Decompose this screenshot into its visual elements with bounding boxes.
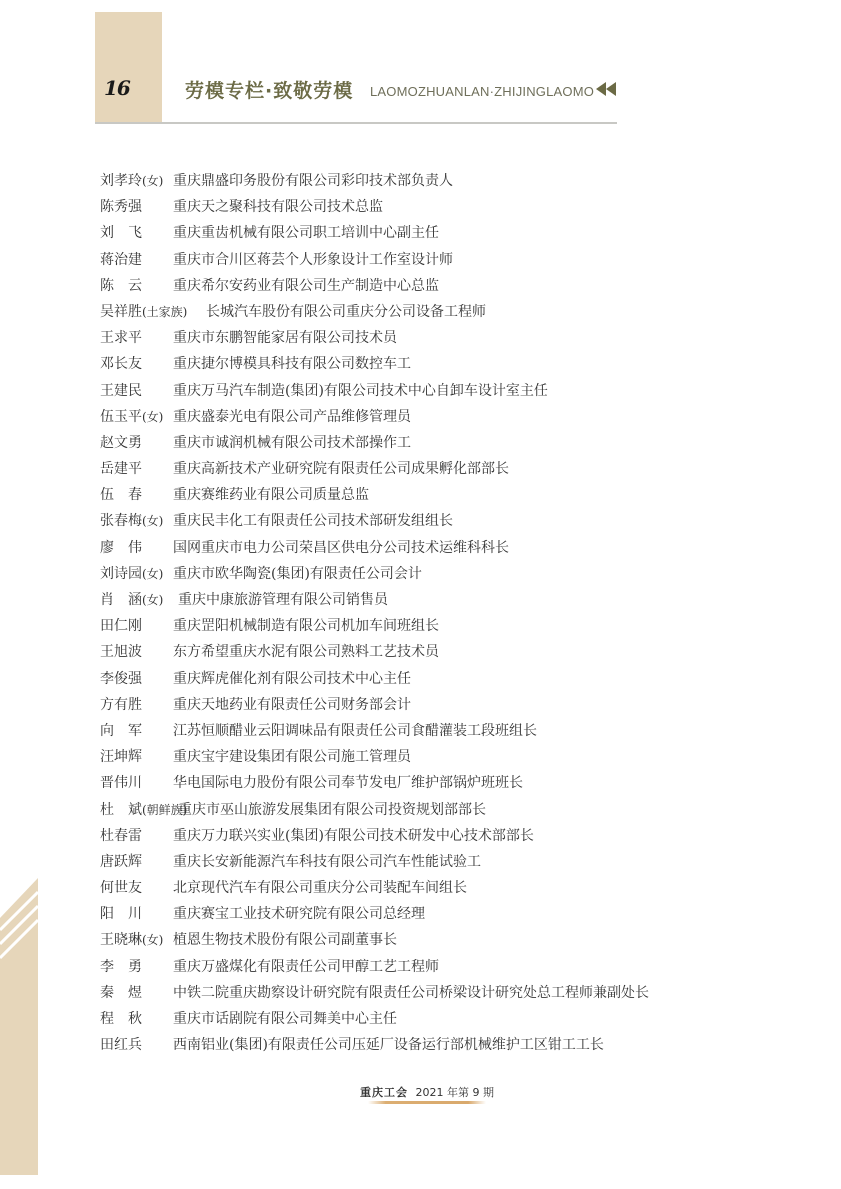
honoree-note: (女) (142, 514, 163, 528)
list-item: 王晓琳(女)植恩生物技术股份有限公司副董事长 (100, 927, 740, 953)
honoree-organization: 重庆市话剧院有限公司舞美中心主任 (173, 1006, 397, 1032)
list-item: 吴祥胜(土家族)长城汽车股份有限公司重庆分公司设备工程师 (100, 299, 740, 325)
honoree-organization: 重庆市巫山旅游发展集团有限公司投资规划部部长 (178, 797, 486, 823)
list-item: 刘孝玲(女)重庆鼎盛印务股份有限公司彩印技术部负责人 (100, 168, 740, 194)
honoree-name: 吴祥胜(土家族) (100, 299, 187, 325)
honoree-organization: 东方希望重庆水泥有限公司熟料工艺技术员 (173, 639, 439, 665)
name-text: 王旭波 (100, 644, 142, 660)
name-text: 蒋治建 (100, 252, 142, 268)
name-text: 伍玉平 (100, 409, 142, 425)
issue-label: 2021 年第 9 期 (416, 1086, 494, 1099)
list-item: 李 勇重庆万盛煤化有限责任公司甲醇工艺工程师 (100, 954, 740, 980)
honoree-note: (土家族) (142, 305, 187, 319)
honoree-organization: 重庆高新技术产业研究院有限责任公司成果孵化部部长 (173, 456, 509, 482)
honoree-note: (女) (142, 410, 163, 424)
honoree-organization: 重庆市欧华陶瓷(集团)有限责任公司会计 (173, 561, 422, 587)
list-item: 王求平重庆市东鹏智能家居有限公司技术员 (100, 325, 740, 351)
name-text: 李俊强 (100, 671, 142, 687)
name-text: 岳建平 (100, 461, 142, 477)
honoree-name: 廖 伟 (100, 535, 142, 561)
honoree-list: 刘孝玲(女)重庆鼎盛印务股份有限公司彩印技术部负责人陈秀强重庆天之聚科技有限公司… (100, 168, 740, 1058)
honoree-organization: 重庆市东鹏智能家居有限公司技术员 (173, 325, 397, 351)
honoree-note: (女) (142, 933, 163, 947)
name-text: 方有胜 (100, 697, 142, 713)
list-item: 王建民重庆万马汽车制造(集团)有限公司技术中心自卸车设计室主任 (100, 378, 740, 404)
honoree-name: 向 军 (100, 718, 142, 744)
list-item: 刘 飞重庆重齿机械有限公司职工培训中心副主任 (100, 220, 740, 246)
name-text: 程 秋 (100, 1011, 142, 1027)
honoree-name: 李俊强 (100, 666, 142, 692)
name-text: 伍 春 (100, 487, 142, 503)
double-left-arrow-icon (596, 82, 618, 96)
name-text: 刘诗园 (100, 566, 142, 582)
honoree-name: 岳建平 (100, 456, 142, 482)
header-divider (95, 122, 617, 124)
honoree-name: 田红兵 (100, 1032, 142, 1058)
list-item: 赵文勇重庆市诚润机械有限公司技术部操作工 (100, 430, 740, 456)
list-item: 杜春雷重庆万力联兴实业(集团)有限公司技术研发中心技术部部长 (100, 823, 740, 849)
honoree-organization: 重庆万盛煤化有限责任公司甲醇工艺工程师 (173, 954, 439, 980)
honoree-name: 王求平 (100, 325, 142, 351)
honoree-organization: 中铁二院重庆勘察设计研究院有限责任公司桥梁设计研究处总工程师兼副处长 (173, 980, 649, 1006)
name-text: 吴祥胜 (100, 304, 142, 320)
name-text: 向 军 (100, 723, 142, 739)
name-text: 陈秀强 (100, 199, 142, 215)
name-text: 赵文勇 (100, 435, 142, 451)
honoree-organization: 重庆天之聚科技有限公司技术总监 (173, 194, 383, 220)
honoree-organization: 北京现代汽车有限公司重庆分公司装配车间组长 (173, 875, 467, 901)
honoree-name: 方有胜 (100, 692, 142, 718)
honoree-organization: 重庆万马汽车制造(集团)有限公司技术中心自卸车设计室主任 (173, 378, 548, 404)
honoree-organization: 重庆鼎盛印务股份有限公司彩印技术部负责人 (173, 168, 453, 194)
honoree-organization: 重庆赛宝工业技术研究院有限公司总经理 (173, 901, 425, 927)
honoree-organization: 植恩生物技术股份有限公司副董事长 (173, 927, 397, 953)
name-text: 廖 伟 (100, 540, 142, 556)
name-text: 邓长友 (100, 356, 142, 372)
honoree-organization: 国网重庆市电力公司荣昌区供电分公司技术运维科科长 (173, 535, 509, 561)
honoree-name: 刘诗园(女) (100, 561, 163, 587)
name-text: 杜 斌 (100, 802, 142, 818)
list-item: 张春梅(女)重庆民丰化工有限责任公司技术部研发组组长 (100, 508, 740, 534)
honoree-name: 田仁刚 (100, 613, 142, 639)
name-text: 阳 川 (100, 906, 142, 922)
name-text: 陈 云 (100, 278, 142, 294)
name-text: 王晓琳 (100, 932, 142, 948)
honoree-name: 伍玉平(女) (100, 404, 163, 430)
list-item: 唐跃辉重庆长安新能源汽车科技有限公司汽车性能试验工 (100, 849, 740, 875)
list-item: 伍 春重庆赛维药业有限公司质量总监 (100, 482, 740, 508)
honoree-organization: 西南铝业(集团)有限责任公司压延厂设备运行部机械维护工区钳工工长 (173, 1032, 604, 1058)
list-item: 廖 伟国网重庆市电力公司荣昌区供电分公司技术运维科科长 (100, 535, 740, 561)
honoree-name: 陈秀强 (100, 194, 142, 220)
list-item: 何世友北京现代汽车有限公司重庆分公司装配车间组长 (100, 875, 740, 901)
honoree-organization: 重庆天地药业有限责任公司财务部会计 (173, 692, 411, 718)
honoree-name: 唐跃辉 (100, 849, 142, 875)
name-text: 王建民 (100, 383, 142, 399)
list-item: 伍玉平(女)重庆盛泰光电有限公司产品维修管理员 (100, 404, 740, 430)
honoree-organization: 长城汽车股份有限公司重庆分公司设备工程师 (206, 299, 486, 325)
list-item: 程 秋重庆市话剧院有限公司舞美中心主任 (100, 1006, 740, 1032)
list-item: 田红兵西南铝业(集团)有限责任公司压延厂设备运行部机械维护工区钳工工长 (100, 1032, 740, 1058)
list-item: 岳建平重庆高新技术产业研究院有限责任公司成果孵化部部长 (100, 456, 740, 482)
list-item: 向 军江苏恒顺醋业云阳调味品有限责任公司食醋灌装工段班组长 (100, 718, 740, 744)
name-text: 李 勇 (100, 959, 142, 975)
name-text: 田红兵 (100, 1037, 142, 1053)
column-title-cn: 劳模专栏·致敬劳模 (185, 76, 353, 103)
honoree-organization: 重庆市诚润机械有限公司技术部操作工 (173, 430, 411, 456)
honoree-organization: 重庆盛泰光电有限公司产品维修管理员 (173, 404, 411, 430)
honoree-name: 赵文勇 (100, 430, 142, 456)
list-item: 肖 涵(女)重庆中康旅游管理有限公司销售员 (100, 587, 740, 613)
list-item: 蒋治建重庆市合川区蒋芸个人形象设计工作室设计师 (100, 247, 740, 273)
name-text: 田仁刚 (100, 618, 142, 634)
honoree-organization: 江苏恒顺醋业云阳调味品有限责任公司食醋灌装工段班组长 (173, 718, 537, 744)
honoree-organization: 重庆捷尔博模具科技有限公司数控车工 (173, 351, 411, 377)
honoree-organization: 重庆辉虎催化剂有限公司技术中心主任 (173, 666, 411, 692)
list-item: 方有胜重庆天地药业有限责任公司财务部会计 (100, 692, 740, 718)
name-text: 杜春雷 (100, 828, 142, 844)
honoree-organization: 重庆赛维药业有限公司质量总监 (173, 482, 369, 508)
list-item: 刘诗园(女)重庆市欧华陶瓷(集团)有限责任公司会计 (100, 561, 740, 587)
honoree-organization: 重庆长安新能源汽车科技有限公司汽车性能试验工 (173, 849, 481, 875)
side-decoration (0, 878, 38, 1175)
name-text: 晋伟川 (100, 775, 142, 791)
name-text: 秦 煜 (100, 985, 142, 1001)
honoree-organization: 重庆宝宇建设集团有限公司施工管理员 (173, 744, 411, 770)
name-text: 张春梅 (100, 513, 142, 529)
honoree-note: (女) (142, 567, 163, 581)
honoree-name: 陈 云 (100, 273, 142, 299)
list-item: 秦 煜中铁二院重庆勘察设计研究院有限责任公司桥梁设计研究处总工程师兼副处长 (100, 980, 740, 1006)
footer-issue: 重庆工会 2021 年第 9 期 (360, 1084, 494, 1100)
honoree-organization: 华电国际电力股份有限公司奉节发电厂维护部锅炉班班长 (173, 770, 523, 796)
honoree-name: 李 勇 (100, 954, 142, 980)
honoree-name: 张春梅(女) (100, 508, 163, 534)
page-number-block (95, 12, 162, 122)
honoree-organization: 重庆重齿机械有限公司职工培训中心副主任 (173, 220, 439, 246)
list-item: 田仁刚重庆罡阳机械制造有限公司机加车间班组长 (100, 613, 740, 639)
column-title-en: LAOMOZHUANLAN·ZHIJINGLAOMO (370, 84, 594, 99)
list-item: 王旭波东方希望重庆水泥有限公司熟料工艺技术员 (100, 639, 740, 665)
list-item: 李俊强重庆辉虎催化剂有限公司技术中心主任 (100, 666, 740, 692)
honoree-name: 蒋治建 (100, 247, 142, 273)
honoree-name: 伍 春 (100, 482, 142, 508)
honoree-name: 晋伟川 (100, 770, 142, 796)
name-text: 肖 涵 (100, 592, 142, 608)
honoree-name: 王晓琳(女) (100, 927, 163, 953)
honoree-name: 刘孝玲(女) (100, 168, 163, 194)
footer-divider (368, 1101, 486, 1104)
honoree-name: 杜春雷 (100, 823, 142, 849)
honoree-name: 邓长友 (100, 351, 142, 377)
honoree-name: 秦 煜 (100, 980, 142, 1006)
magazine-name: 重庆工会 (360, 1086, 408, 1099)
list-item: 陈 云重庆希尔安药业有限公司生产制造中心总监 (100, 273, 740, 299)
name-text: 唐跃辉 (100, 854, 142, 870)
honoree-organization: 重庆中康旅游管理有限公司销售员 (178, 587, 388, 613)
honoree-name: 何世友 (100, 875, 142, 901)
name-text: 何世友 (100, 880, 142, 896)
name-text: 王求平 (100, 330, 142, 346)
honoree-name: 肖 涵(女) (100, 587, 163, 613)
list-item: 邓长友重庆捷尔博模具科技有限公司数控车工 (100, 351, 740, 377)
honoree-name: 王建民 (100, 378, 142, 404)
list-item: 晋伟川华电国际电力股份有限公司奉节发电厂维护部锅炉班班长 (100, 770, 740, 796)
page-number: 16 (104, 76, 130, 100)
list-item: 陈秀强重庆天之聚科技有限公司技术总监 (100, 194, 740, 220)
list-item: 阳 川重庆赛宝工业技术研究院有限公司总经理 (100, 901, 740, 927)
honoree-organization: 重庆民丰化工有限责任公司技术部研发组组长 (173, 508, 453, 534)
honoree-organization: 重庆希尔安药业有限公司生产制造中心总监 (173, 273, 439, 299)
honoree-name: 程 秋 (100, 1006, 142, 1032)
honoree-organization: 重庆罡阳机械制造有限公司机加车间班组长 (173, 613, 439, 639)
honoree-name: 王旭波 (100, 639, 142, 665)
name-text: 刘孝玲 (100, 173, 142, 189)
honoree-name: 汪坤辉 (100, 744, 142, 770)
list-item: 汪坤辉重庆宝宇建设集团有限公司施工管理员 (100, 744, 740, 770)
honoree-organization: 重庆万力联兴实业(集团)有限公司技术研发中心技术部部长 (173, 823, 534, 849)
list-item: 杜 斌(朝鲜族)重庆市巫山旅游发展集团有限公司投资规划部部长 (100, 797, 740, 823)
honoree-name: 刘 飞 (100, 220, 142, 246)
honoree-name: 杜 斌(朝鲜族) (100, 797, 187, 823)
honoree-note: (女) (142, 593, 163, 607)
honoree-organization: 重庆市合川区蒋芸个人形象设计工作室设计师 (173, 247, 453, 273)
name-text: 刘 飞 (100, 225, 142, 241)
name-text: 汪坤辉 (100, 749, 142, 765)
honoree-note: (女) (142, 174, 163, 188)
honoree-name: 阳 川 (100, 901, 142, 927)
